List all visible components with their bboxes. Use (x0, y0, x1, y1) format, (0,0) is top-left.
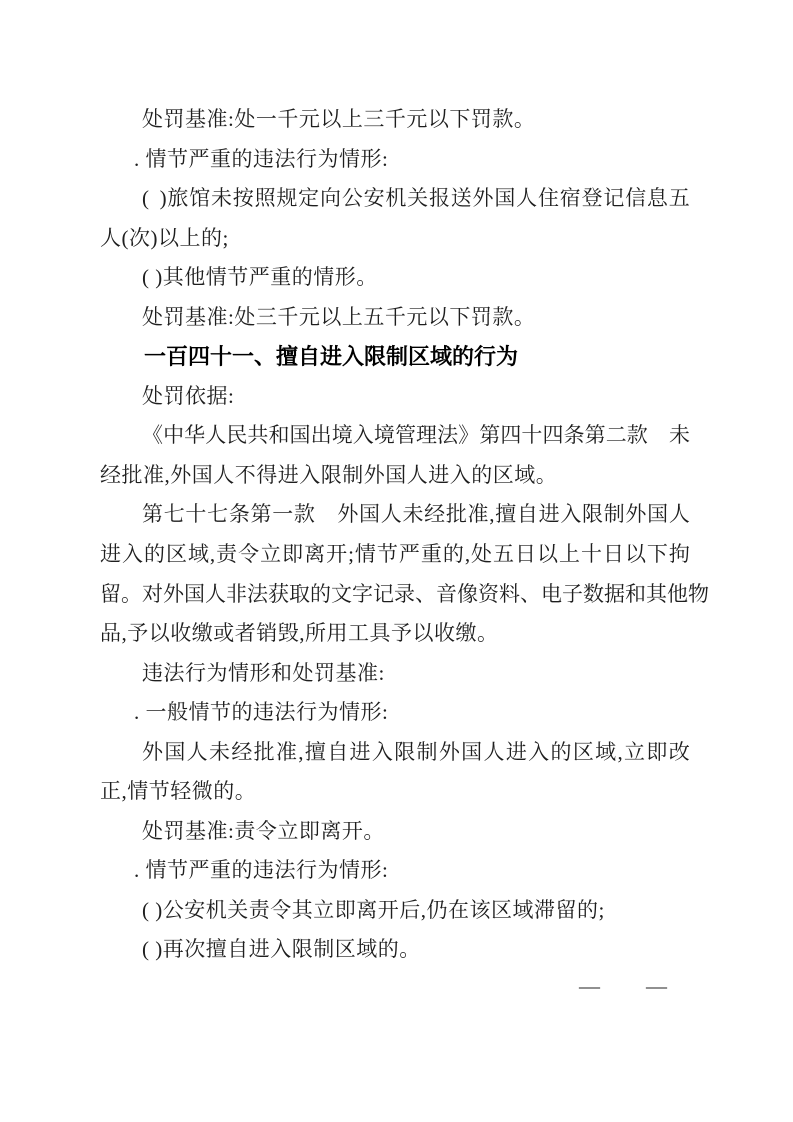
fullwidth-space (316, 515, 337, 516)
char: 十 (581, 535, 602, 575)
char: 、 (415, 575, 436, 615)
text-line: 正,情节轻微的。 (100, 772, 690, 812)
char: 数 (583, 575, 604, 615)
char: 进 (539, 495, 560, 535)
char: 、 (520, 575, 541, 615)
char: 国 (184, 575, 205, 615)
char: 资 (478, 575, 499, 615)
text-line: 经批准,外国人不得进入限制外国人进入的区域。 (100, 456, 690, 496)
text-line: 留。对外国人非法获取的文字记录、音像资料、电子数据和其他物 (100, 575, 690, 615)
char: 入 (353, 416, 374, 456)
char: 进 (100, 535, 121, 575)
char: 外 (337, 495, 358, 535)
char: 国 (290, 416, 311, 456)
char: 人 (381, 495, 402, 535)
char: 法 (247, 575, 268, 615)
char: ( (142, 179, 149, 219)
char: 规 (276, 179, 297, 219)
char: 。 (121, 575, 142, 615)
char: 域 (595, 733, 616, 773)
char: 料 (499, 575, 520, 615)
char: 的 (310, 575, 331, 615)
text-line: . 情节严重的违法行为情形: (100, 140, 690, 180)
text-line: 《中华人民共和国出境入境管理法》第四十四条第二款未 (100, 416, 690, 456)
char: 宿 (560, 179, 581, 219)
char: 未 (669, 416, 690, 456)
char: 息 (647, 179, 668, 219)
char: 七 (164, 495, 185, 535)
char: 五 (493, 535, 514, 575)
char: 第 (142, 495, 163, 535)
char: 即 (646, 733, 667, 773)
char: 华 (184, 416, 205, 456)
char: 四 (542, 416, 563, 456)
char: 他 (667, 575, 688, 615)
char: 和 (625, 575, 646, 615)
char: 制 (417, 733, 438, 773)
char: 令 (238, 535, 259, 575)
char: , (298, 733, 303, 773)
char: 擅 (495, 495, 516, 535)
char: 二 (606, 416, 627, 456)
char: 中 (163, 416, 184, 456)
char: 入 (372, 733, 393, 773)
char: ; (348, 535, 354, 575)
char: 的 (443, 535, 464, 575)
char: 旅 (167, 179, 188, 219)
char: 十 (185, 495, 206, 535)
char: 入 (560, 495, 581, 535)
char: 立 (624, 733, 645, 773)
char: 人 (669, 495, 690, 535)
char: 音 (436, 575, 457, 615)
text-line: 处罚依据: (100, 377, 690, 417)
char: 四 (500, 416, 521, 456)
char: 国 (461, 733, 482, 773)
char: 未 (402, 495, 423, 535)
fullwidth-space (648, 436, 669, 437)
space (150, 198, 159, 199)
char: 第 (585, 416, 606, 456)
char: 批 (446, 495, 467, 535)
char: 擅 (305, 733, 326, 773)
char: 公 (342, 179, 363, 219)
char: 的 (550, 733, 571, 773)
text-line: ( )公安机关责令其立即离开后,仍在该区域滞留的; (100, 891, 690, 931)
char: 文 (331, 575, 352, 615)
char: 物 (688, 575, 709, 615)
char: 登 (582, 179, 603, 219)
char: 入 (122, 535, 143, 575)
text-line: 处罚基准:处三千元以上五千元以下罚款。 (100, 298, 690, 338)
char: 自 (517, 495, 538, 535)
text-line: 第七十七条第一款外国人未经批准,擅自进入限制外国人 (100, 495, 690, 535)
char: 区 (166, 535, 187, 575)
char: 人 (205, 575, 226, 615)
char: 送 (451, 179, 472, 219)
char: ) (160, 179, 167, 219)
text-line: ()旅馆未按照规定向公安机关报送外国人住宿登记信息五 (100, 179, 690, 219)
char: 限 (394, 733, 415, 773)
char: 人 (516, 179, 537, 219)
char: 外 (473, 179, 494, 219)
char: 改 (669, 733, 690, 773)
char: , (210, 535, 215, 575)
char: 境 (374, 416, 395, 456)
char: 出 (311, 416, 332, 456)
char: 和 (268, 416, 289, 456)
text-line: 处罚基准:处一千元以上三千元以下罚款。 (100, 100, 690, 140)
char: 制 (604, 495, 625, 535)
text-line: 品,予以收缴或者销毁,所用工具予以收缴。 (100, 614, 690, 654)
char: 关 (407, 179, 428, 219)
text-line: 外国人未经批准,擅自进入限制外国人进入的区域,立即改 (100, 733, 690, 773)
char: , (465, 535, 470, 575)
char: 准 (468, 495, 489, 535)
char: 批 (254, 733, 275, 773)
char: 区 (573, 733, 594, 773)
char: 日 (603, 535, 624, 575)
char: 获 (268, 575, 289, 615)
char: 五 (669, 179, 690, 219)
char: 进 (506, 733, 527, 773)
section-heading: 一百四十一、擅自进入限制区域的行为 (100, 337, 690, 377)
char: 对 (142, 575, 163, 615)
char: 国 (164, 733, 185, 773)
char: 据 (604, 575, 625, 615)
char: 重 (421, 535, 442, 575)
char: 理 (416, 416, 437, 456)
char: 外 (142, 733, 163, 773)
text-line: 处罚基准:责令立即离开。 (100, 812, 690, 852)
text-line: ( )其他情节严重的情形。 (100, 258, 690, 298)
char: 《 (142, 416, 163, 456)
char: 域 (188, 535, 209, 575)
char: 的 (144, 535, 165, 575)
char: 按 (233, 179, 254, 219)
char: 馆 (189, 179, 210, 219)
char: 经 (231, 733, 252, 773)
char: 经 (424, 495, 445, 535)
char: 人 (205, 416, 226, 456)
char: 十 (521, 416, 542, 456)
text-line: . 一般情节的违法行为情形: (100, 693, 690, 733)
char: 外 (163, 575, 184, 615)
char: 情 (355, 535, 376, 575)
char: , (489, 495, 494, 535)
char: 向 (320, 179, 341, 219)
char: 节 (377, 535, 398, 575)
char: 电 (541, 575, 562, 615)
char: 境 (332, 416, 353, 456)
char: 未 (209, 733, 230, 773)
document-text-block: 处罚基准:处一千元以上三千元以下罚款。. 情节严重的违法行为情形:()旅馆未按照… (100, 100, 690, 970)
char: 第 (479, 416, 500, 456)
char: 条 (564, 416, 585, 456)
char: 子 (562, 575, 583, 615)
char: 入 (528, 733, 549, 773)
char: 人 (187, 733, 208, 773)
char: 住 (538, 179, 559, 219)
char: 款 (627, 416, 648, 456)
char: 法 (437, 416, 458, 456)
char: 即 (282, 535, 303, 575)
page-number-dash-left: — (579, 971, 600, 1001)
char: 日 (515, 535, 536, 575)
char: 条 (229, 495, 250, 535)
char: 准 (276, 733, 297, 773)
char: 国 (359, 495, 380, 535)
char: 字 (352, 575, 373, 615)
char: 录 (394, 575, 415, 615)
char: 未 (211, 179, 232, 219)
char: 国 (647, 495, 668, 535)
char: , (617, 733, 622, 773)
char: 民 (226, 416, 247, 456)
char: 责 (216, 535, 237, 575)
document-page: 处罚基准:处一千元以上三千元以下罚款。. 情节严重的违法行为情形:()旅馆未按照… (0, 0, 793, 1122)
char: 定 (298, 179, 319, 219)
char: 照 (255, 179, 276, 219)
char: 管 (395, 416, 416, 456)
char: 》 (458, 416, 479, 456)
char: 以 (537, 535, 558, 575)
text-line: 进入的区域,责令立即离开;情节严重的,处五日以上十日以下拘 (100, 535, 690, 575)
char: 以 (625, 535, 646, 575)
text-line: . 情节严重的违法行为情形: (100, 851, 690, 891)
char: 共 (247, 416, 268, 456)
char: 记 (603, 179, 624, 219)
char: 开 (326, 535, 347, 575)
text-line: 违法行为情形和处罚基准: (100, 654, 690, 694)
char: 外 (625, 495, 646, 535)
char: 安 (364, 179, 385, 219)
char: 机 (385, 179, 406, 219)
char: 信 (625, 179, 646, 219)
char: 处 (471, 535, 492, 575)
char: 离 (304, 535, 325, 575)
char: 人 (484, 733, 505, 773)
char: 一 (272, 495, 293, 535)
char: 拘 (669, 535, 690, 575)
char: 上 (559, 535, 580, 575)
char: 下 (647, 535, 668, 575)
char: 报 (429, 179, 450, 219)
char: 限 (582, 495, 603, 535)
char: 进 (350, 733, 371, 773)
char: 外 (439, 733, 460, 773)
char: 取 (289, 575, 310, 615)
text-line: 人(次)以上的; (100, 219, 690, 259)
char: 自 (327, 733, 348, 773)
char: 记 (373, 575, 394, 615)
char: 第 (251, 495, 272, 535)
page-number-dash-right: — (646, 971, 667, 1001)
char: 七 (207, 495, 228, 535)
char: 国 (494, 179, 515, 219)
char: 非 (226, 575, 247, 615)
text-line: ( )再次擅自进入限制区域的。 (100, 930, 690, 970)
char: 款 (294, 495, 315, 535)
char: 严 (399, 535, 420, 575)
char: 立 (260, 535, 281, 575)
char: 留 (100, 575, 121, 615)
char: 其 (646, 575, 667, 615)
page-number-footer: — — (579, 971, 667, 1001)
char: 像 (457, 575, 478, 615)
